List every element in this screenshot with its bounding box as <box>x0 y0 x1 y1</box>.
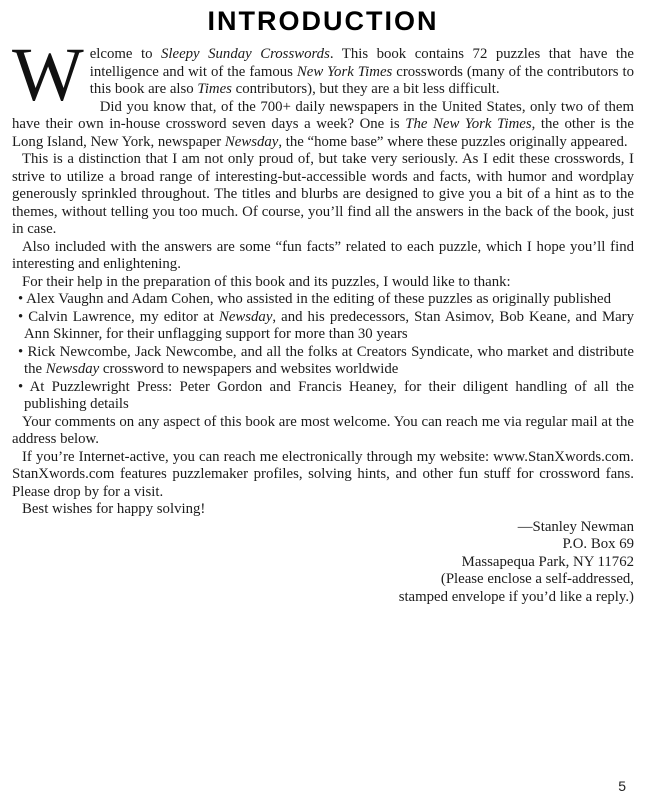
paragraph: Did you know that, of the 700+ daily new… <box>12 99 634 152</box>
bullet-item: • Alex Vaughn and Adam Cohen, who assist… <box>12 291 634 309</box>
signature-line: P.O. Box 69 <box>12 536 634 554</box>
paragraph: Best wishes for happy solving! <box>12 501 634 519</box>
signature-line: stamped envelope if you’d like a reply.) <box>12 589 634 607</box>
paragraph: If you’re Internet-active, you can reach… <box>12 449 634 502</box>
signature-line: —Stanley Newman <box>12 519 634 537</box>
body-text: Welcome to Sleepy Sunday Crosswords. Thi… <box>12 46 634 519</box>
paragraph: Welcome to Sleepy Sunday Crosswords. Thi… <box>12 46 634 99</box>
paragraph: Also included with the answers are some … <box>12 239 634 274</box>
book-page: INTRODUCTION Welcome to Sleepy Sunday Cr… <box>0 0 646 800</box>
page-title: INTRODUCTION <box>12 6 634 37</box>
bullet-item: • Calvin Lawrence, my editor at Newsday,… <box>12 309 634 344</box>
paragraph: This is a distinction that I am not only… <box>12 151 634 239</box>
bullet-item: • At Puzzlewright Press: Peter Gordon an… <box>12 379 634 414</box>
signature-block: —Stanley Newman P.O. Box 69 Massapequa P… <box>12 519 634 607</box>
signature-line: Massapequa Park, NY 11762 <box>12 554 634 572</box>
drop-cap: W <box>12 46 90 101</box>
bullet-item: • Rick Newcombe, Jack Newcombe, and all … <box>12 344 634 379</box>
page-number: 5 <box>618 778 626 794</box>
paragraph: Your comments on any aspect of this book… <box>12 414 634 449</box>
paragraph: For their help in the preparation of thi… <box>12 274 634 292</box>
signature-line: (Please enclose a self-addressed, <box>12 571 634 589</box>
